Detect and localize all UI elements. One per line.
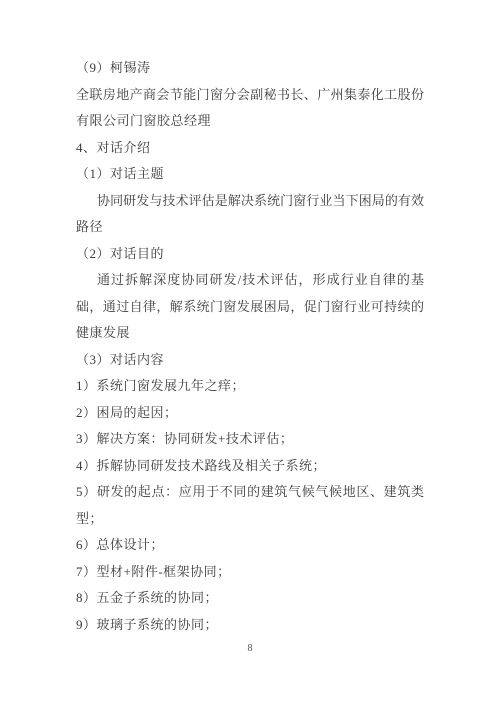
document-page: （9）柯锡涛 全联房地产商会节能门窗分会副秘书长、广州集泰化工股份 有限公司门窗… (0, 0, 500, 707)
text-line: 3）解决方案：协同研发+技术评估； (76, 426, 424, 453)
text-line: （9）柯锡涛 (76, 55, 424, 82)
text-line: 6）总体设计； (76, 532, 424, 559)
text-line: 4）拆解协同研发技术路线及相关子系统； (76, 453, 424, 480)
text-line: 2）困局的起因； (76, 400, 424, 427)
text-line: 健康发展 (76, 320, 424, 347)
text-line: 型； (76, 506, 424, 533)
document-text: （9）柯锡涛 全联房地产商会节能门窗分会副秘书长、广州集泰化工股份 有限公司门窗… (76, 55, 424, 638)
text-line: 8）五金子系统的协同； (76, 585, 424, 612)
text-line: （3）对话内容 (76, 347, 424, 374)
text-line: （2）对话目的 (76, 241, 424, 268)
text-line: 9）玻璃子系统的协同； (76, 612, 424, 639)
text-line: 础，通过自律，解系统门窗发展困局，促门窗行业可持续的 (76, 294, 424, 321)
text-line: 有限公司门窗胶总经理 (76, 108, 424, 135)
text-line: 7）型材+附件-框架协同； (76, 559, 424, 586)
text-line: 路径 (76, 214, 424, 241)
text-line: 1）系统门窗发展九年之痒； (76, 373, 424, 400)
text-line: 协同研发与技术评估是解决系统门窗行业当下困局的有效 (76, 188, 424, 215)
text-line: 5）研发的起点：应用于不同的建筑气候气候地区、建筑类 (76, 479, 424, 506)
text-line: 通过拆解深度协同研发/技术评估，形成行业自律的基 (76, 267, 424, 294)
page-number: 8 (0, 643, 500, 655)
text-line: 4、对话介绍 (76, 135, 424, 162)
text-line: 全联房地产商会节能门窗分会副秘书长、广州集泰化工股份 (76, 82, 424, 109)
text-line: （1）对话主题 (76, 161, 424, 188)
